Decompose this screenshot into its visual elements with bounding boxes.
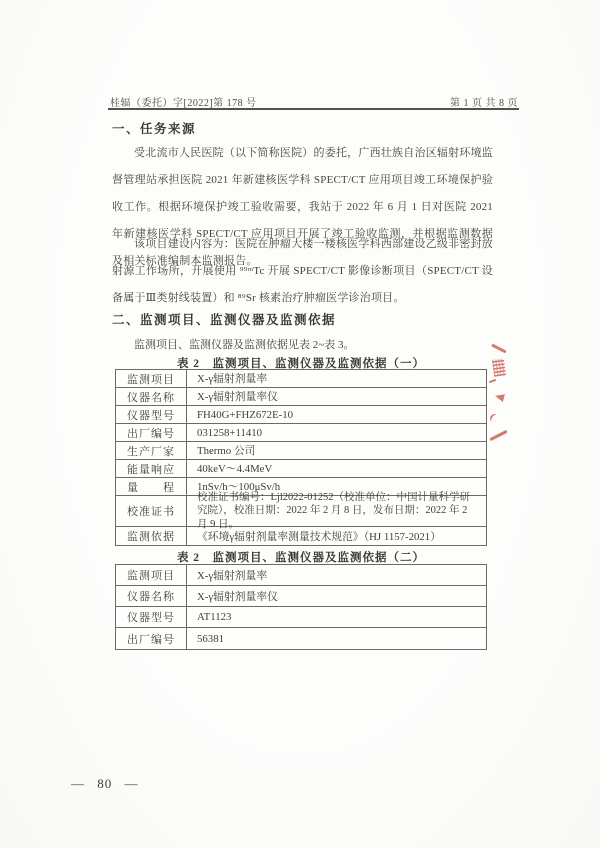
stamp-arc-icon [488,412,501,425]
instrument-table-2: 监测项目 X-γ辐射剂量率 仪器名称 X-γ辐射剂量率仪 仪器型号 AT1123… [115,564,487,650]
row-value: AT1123 [187,607,486,627]
table-row: 监测项目 X-γ辐射剂量率 [116,370,486,388]
table-row: 生产厂家 Thermo 公司 [116,442,486,460]
page-number: — 80 — [71,776,139,792]
row-label: 能量响应 [116,460,187,477]
table-row: 监测依据 《环境γ辐射剂量率测量技术规范》（HJ 1157-2021） [116,527,486,545]
stamp-stroke-icon [489,379,496,383]
instrument-table-1: 监测项目 X-γ辐射剂量率 仪器名称 X-γ辐射剂量率仪 仪器型号 FH40G+… [115,369,487,546]
table-row: 能量响应 40keV～4.4MeV [116,460,486,478]
table-row: 校准证书 校准证书编号：Ljl2022-01252（校准单位：中国计量科学研究院… [116,496,486,527]
row-label: 出厂编号 [116,424,187,441]
header-rule [108,108,519,110]
row-value: X-γ辐射剂量率 [187,370,486,387]
row-value: 《环境γ辐射剂量率测量技术规范》（HJ 1157-2021） [187,527,486,545]
row-value: 校准证书编号：Ljl2022-01252（校准单位：中国计量科学研究院），校准日… [187,496,486,526]
table-row: 仪器名称 X-γ辐射剂量率仪 [116,586,486,607]
row-value: X-γ辐射剂量率仪 [187,388,486,405]
row-label: 监测项目 [116,370,187,387]
stamp-stroke-icon [489,430,507,441]
document-number: 桂辐（委托）字[2022]第 178 号 [110,94,257,109]
row-label: 生产厂家 [116,442,187,459]
section-title-monitoring: 二、监测项目、监测仪器及监测依据 [112,310,336,328]
row-value: X-γ辐射剂量率 [187,565,486,585]
row-value: Thermo 公司 [187,442,486,459]
row-label: 仪器名称 [116,586,187,606]
page-indicator: 第 1 页 共 8 页 [450,94,518,109]
section-title-task-source: 一、任务来源 [112,119,196,137]
stamp-characters-icon [492,358,506,377]
table-row: 出厂编号 56381 [116,628,486,649]
row-value: 40keV～4.4MeV [187,460,486,477]
stamp-triangle-icon [494,392,505,402]
table-row: 仪器型号 AT1123 [116,607,486,628]
row-value: FH40G+FHZ672E-10 [187,406,486,423]
table-row: 仪器型号 FH40G+FHZ672E-10 [116,406,486,424]
row-label: 仪器型号 [116,607,187,627]
row-label: 监测依据 [116,527,187,545]
row-label: 仪器名称 [116,388,187,405]
row-label: 出厂编号 [116,628,187,649]
row-label: 监测项目 [116,565,187,585]
row-label: 校准证书 [116,496,187,526]
table-row: 出厂编号 031258+11410 [116,424,486,442]
row-label: 量 程 [116,478,187,495]
row-value: 031258+11410 [187,424,486,441]
table2-caption: 表 2 监测项目、监测仪器及监测依据（二） [115,549,487,565]
task-source-paragraph-2: 该项目建设内容为：医院在肿瘤大楼一楼核医学科西部建设乙级非密封放射源工作场所，开… [112,231,493,312]
row-value: 56381 [187,628,486,649]
scanned-report-page: 桂辐（委托）字[2022]第 178 号 第 1 页 共 8 页 一、任务来源 … [0,0,600,848]
monitoring-intro: 监测项目、监测仪器及监测依据见表 2~表 3。 [112,336,493,352]
table-row: 仪器名称 X-γ辐射剂量率仪 [116,388,486,406]
stamp-stroke-icon [491,344,506,353]
row-value: X-γ辐射剂量率仪 [187,586,486,606]
row-label: 仪器型号 [116,406,187,423]
red-seal-stamp [486,344,518,456]
table-row: 监测项目 X-γ辐射剂量率 [116,565,486,586]
